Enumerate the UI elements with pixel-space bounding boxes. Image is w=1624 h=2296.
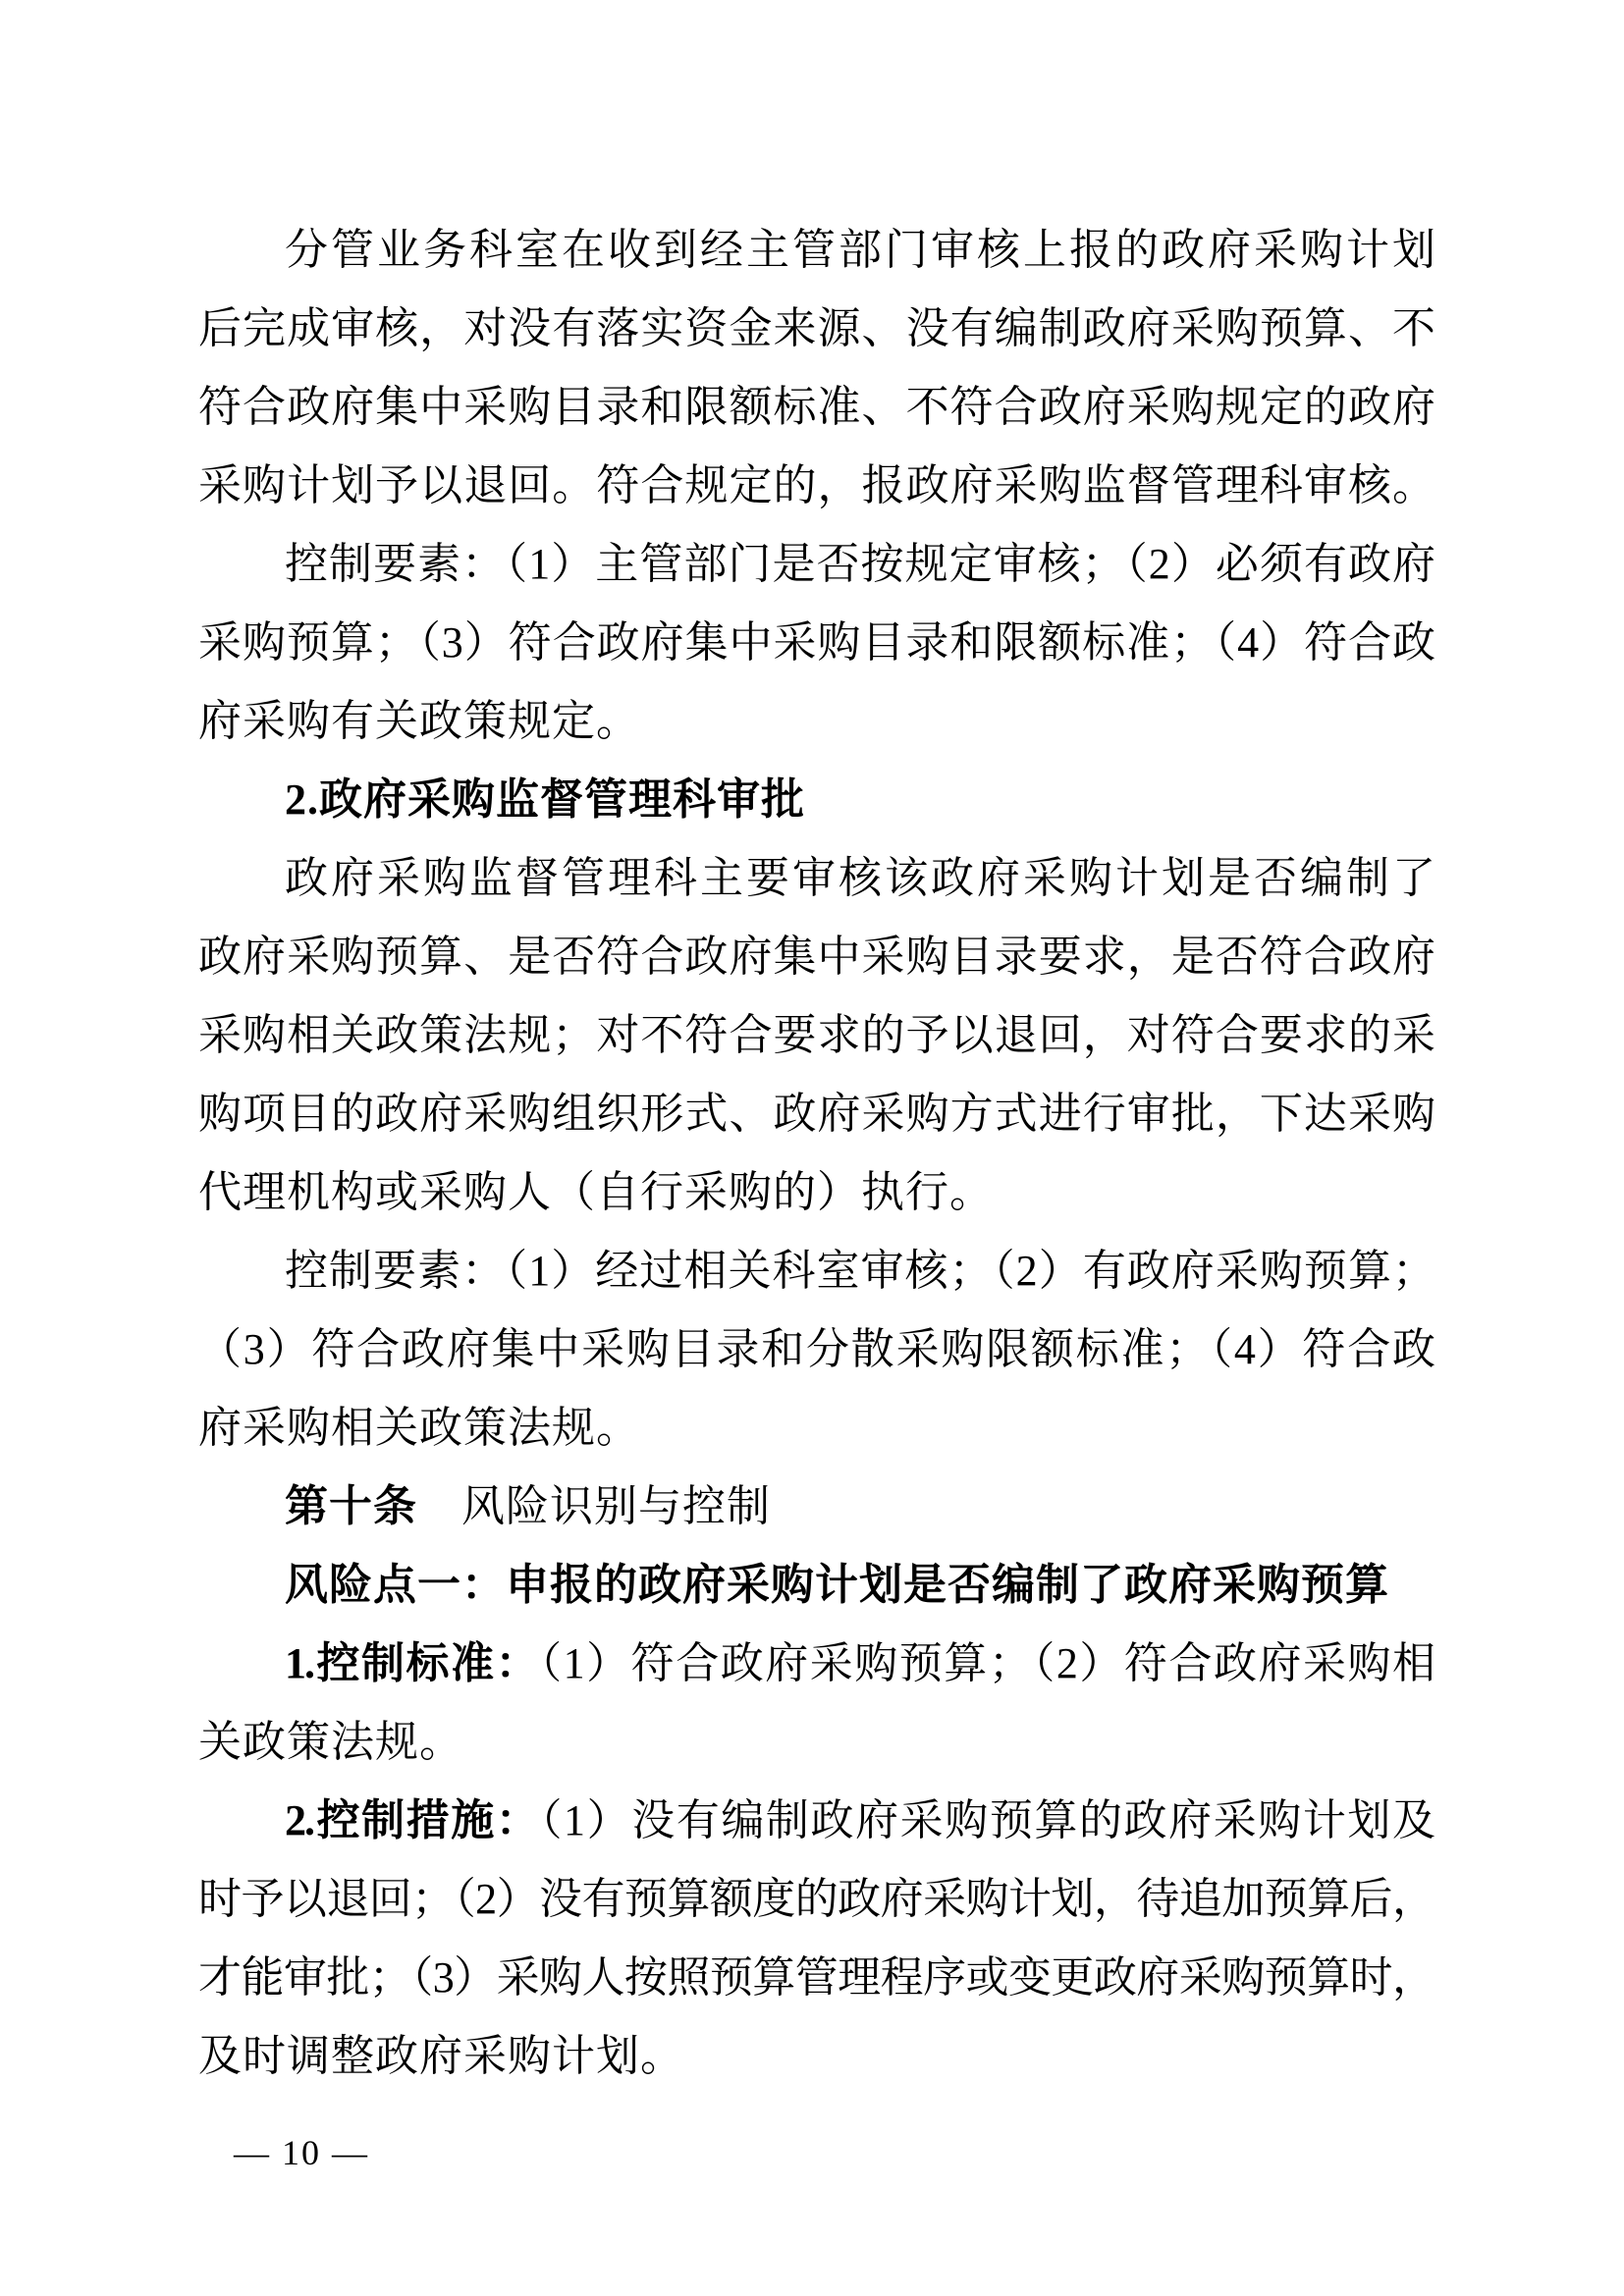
text-segment: 关政策法规。 (198, 1718, 463, 1766)
text-segment: 分管业务科室在收到经主管部门审核上报的政府采购计划 (285, 226, 1434, 274)
text-line: 关政策法规。 (198, 1703, 1434, 1782)
text-line: 风险点一：申报的政府采购计划是否编制了政府采购预算 (198, 1546, 1434, 1625)
text-line: 政府采购监督管理科主要审核该政府采购计划是否编制了 (198, 839, 1434, 918)
text-segment: 时予以退回；（2）没有预算额度的政府采购计划，待追加预算后， (198, 1875, 1434, 1923)
text-line: 2.政府采购监督管理科审批 (198, 761, 1434, 839)
text-line: 采购预算；（3）符合政府集中采购目录和限额标准；（4）符合政 (198, 604, 1434, 682)
text-segment: 府采购有关政策规定。 (198, 697, 640, 745)
text-line: 府采购有关政策规定。 (198, 682, 1434, 761)
text-line: 购项目的政府采购组织形式、政府采购方式进行审批，下达采购 (198, 1075, 1434, 1153)
text-line: 分管业务科室在收到经主管部门审核上报的政府采购计划 (198, 211, 1434, 290)
text-line: 控制要素：（1）经过相关科室审核；（2）有政府采购预算； (198, 1232, 1434, 1310)
text-segment: 控制要素：（1）经过相关科室审核；（2）有政府采购预算； (285, 1247, 1434, 1295)
document-page: 分管业务科室在收到经主管部门审核上报的政府采购计划后完成审核，对没有落实资金来源… (0, 0, 1624, 2296)
text-line: 1.控制标准：（1）符合政府采购预算；（2）符合政府采购相 (198, 1625, 1434, 1703)
text-line: 控制要素：（1）主管部门是否按规定审核；（2）必须有政府 (198, 525, 1434, 604)
bold-text-segment: 2.控制措施： (285, 1796, 540, 1844)
text-line: 代理机构或采购人（自行采购的）执行。 (198, 1153, 1434, 1232)
text-line: 及时调整政府采购计划。 (198, 2017, 1434, 2096)
text-line: 时予以退回；（2）没有预算额度的政府采购计划，待追加预算后， (198, 1860, 1434, 1939)
text-segment: 控制要素：（1）主管部门是否按规定审核；（2）必须有政府 (285, 540, 1434, 588)
text-line: 后完成审核，对没有落实资金来源、没有编制政府采购预算、不 (198, 290, 1434, 368)
page-number: — 10 — (234, 2118, 369, 2187)
text-line: 采购相关政策法规；对不符合要求的予以退回，对符合要求的采 (198, 996, 1434, 1075)
text-segment: 及时调整政府采购计划。 (198, 2032, 684, 2080)
text-segment: 府采购相关政策法规。 (198, 1404, 640, 1452)
bold-text-segment: 风险点一：申报的政府采购计划是否编制了政府采购预算 (285, 1561, 1389, 1609)
text-segment: （1）没有编制政府采购预算的政府采购计划及 (540, 1796, 1434, 1844)
text-segment: 后完成审核，对没有落实资金来源、没有编制政府采购预算、不 (198, 304, 1434, 352)
text-segment: （3）符合政府集中采购目录和分散采购限额标准；（4）符合政 (198, 1325, 1434, 1373)
text-segment: 采购计划予以退回。符合规定的，报政府采购监督管理科审核。 (198, 461, 1434, 509)
text-segment: 代理机构或采购人（自行采购的）执行。 (198, 1168, 994, 1216)
text-segment: （1）符合政府采购预算；（2）符合政府采购相 (540, 1639, 1434, 1687)
text-segment: 采购相关政策法规；对不符合要求的予以退回，对符合要求的采 (198, 1011, 1434, 1059)
text-line: 第十条 风险识别与控制 (198, 1468, 1434, 1546)
text-line: 政府采购预算、是否符合政府集中采购目录要求，是否符合政府 (198, 918, 1434, 996)
text-segment: 风险识别与控制 (417, 1482, 771, 1530)
bold-text-segment: 1.控制标准： (285, 1639, 540, 1687)
bold-text-segment: 2.政府采购监督管理科审批 (285, 775, 805, 824)
text-segment: 政府采购预算、是否符合政府集中采购目录要求，是否符合政府 (198, 933, 1434, 981)
text-line: （3）符合政府集中采购目录和分散采购限额标准；（4）符合政 (198, 1310, 1434, 1389)
document-body: 分管业务科室在收到经主管部门审核上报的政府采购计划后完成审核，对没有落实资金来源… (198, 211, 1434, 2096)
bold-text-segment: 第十条 (285, 1482, 417, 1530)
text-line: 才能审批；（3）采购人按照预算管理程序或变更政府采购预算时， (198, 1939, 1434, 2017)
text-segment: 采购预算；（3）符合政府集中采购目录和限额标准；（4）符合政 (198, 618, 1434, 667)
text-line: 符合政府集中采购目录和限额标准、不符合政府采购规定的政府 (198, 368, 1434, 447)
text-segment: 符合政府集中采购目录和限额标准、不符合政府采购规定的政府 (198, 383, 1434, 431)
text-line: 府采购相关政策法规。 (198, 1389, 1434, 1468)
text-line: 2.控制措施：（1）没有编制政府采购预算的政府采购计划及 (198, 1782, 1434, 1860)
text-line: 采购计划予以退回。符合规定的，报政府采购监督管理科审核。 (198, 447, 1434, 525)
text-segment: 政府采购监督管理科主要审核该政府采购计划是否编制了 (285, 854, 1434, 902)
text-segment: 购项目的政府采购组织形式、政府采购方式进行审批，下达采购 (198, 1090, 1434, 1138)
text-segment: 才能审批；（3）采购人按照预算管理程序或变更政府采购预算时， (198, 1953, 1434, 2002)
